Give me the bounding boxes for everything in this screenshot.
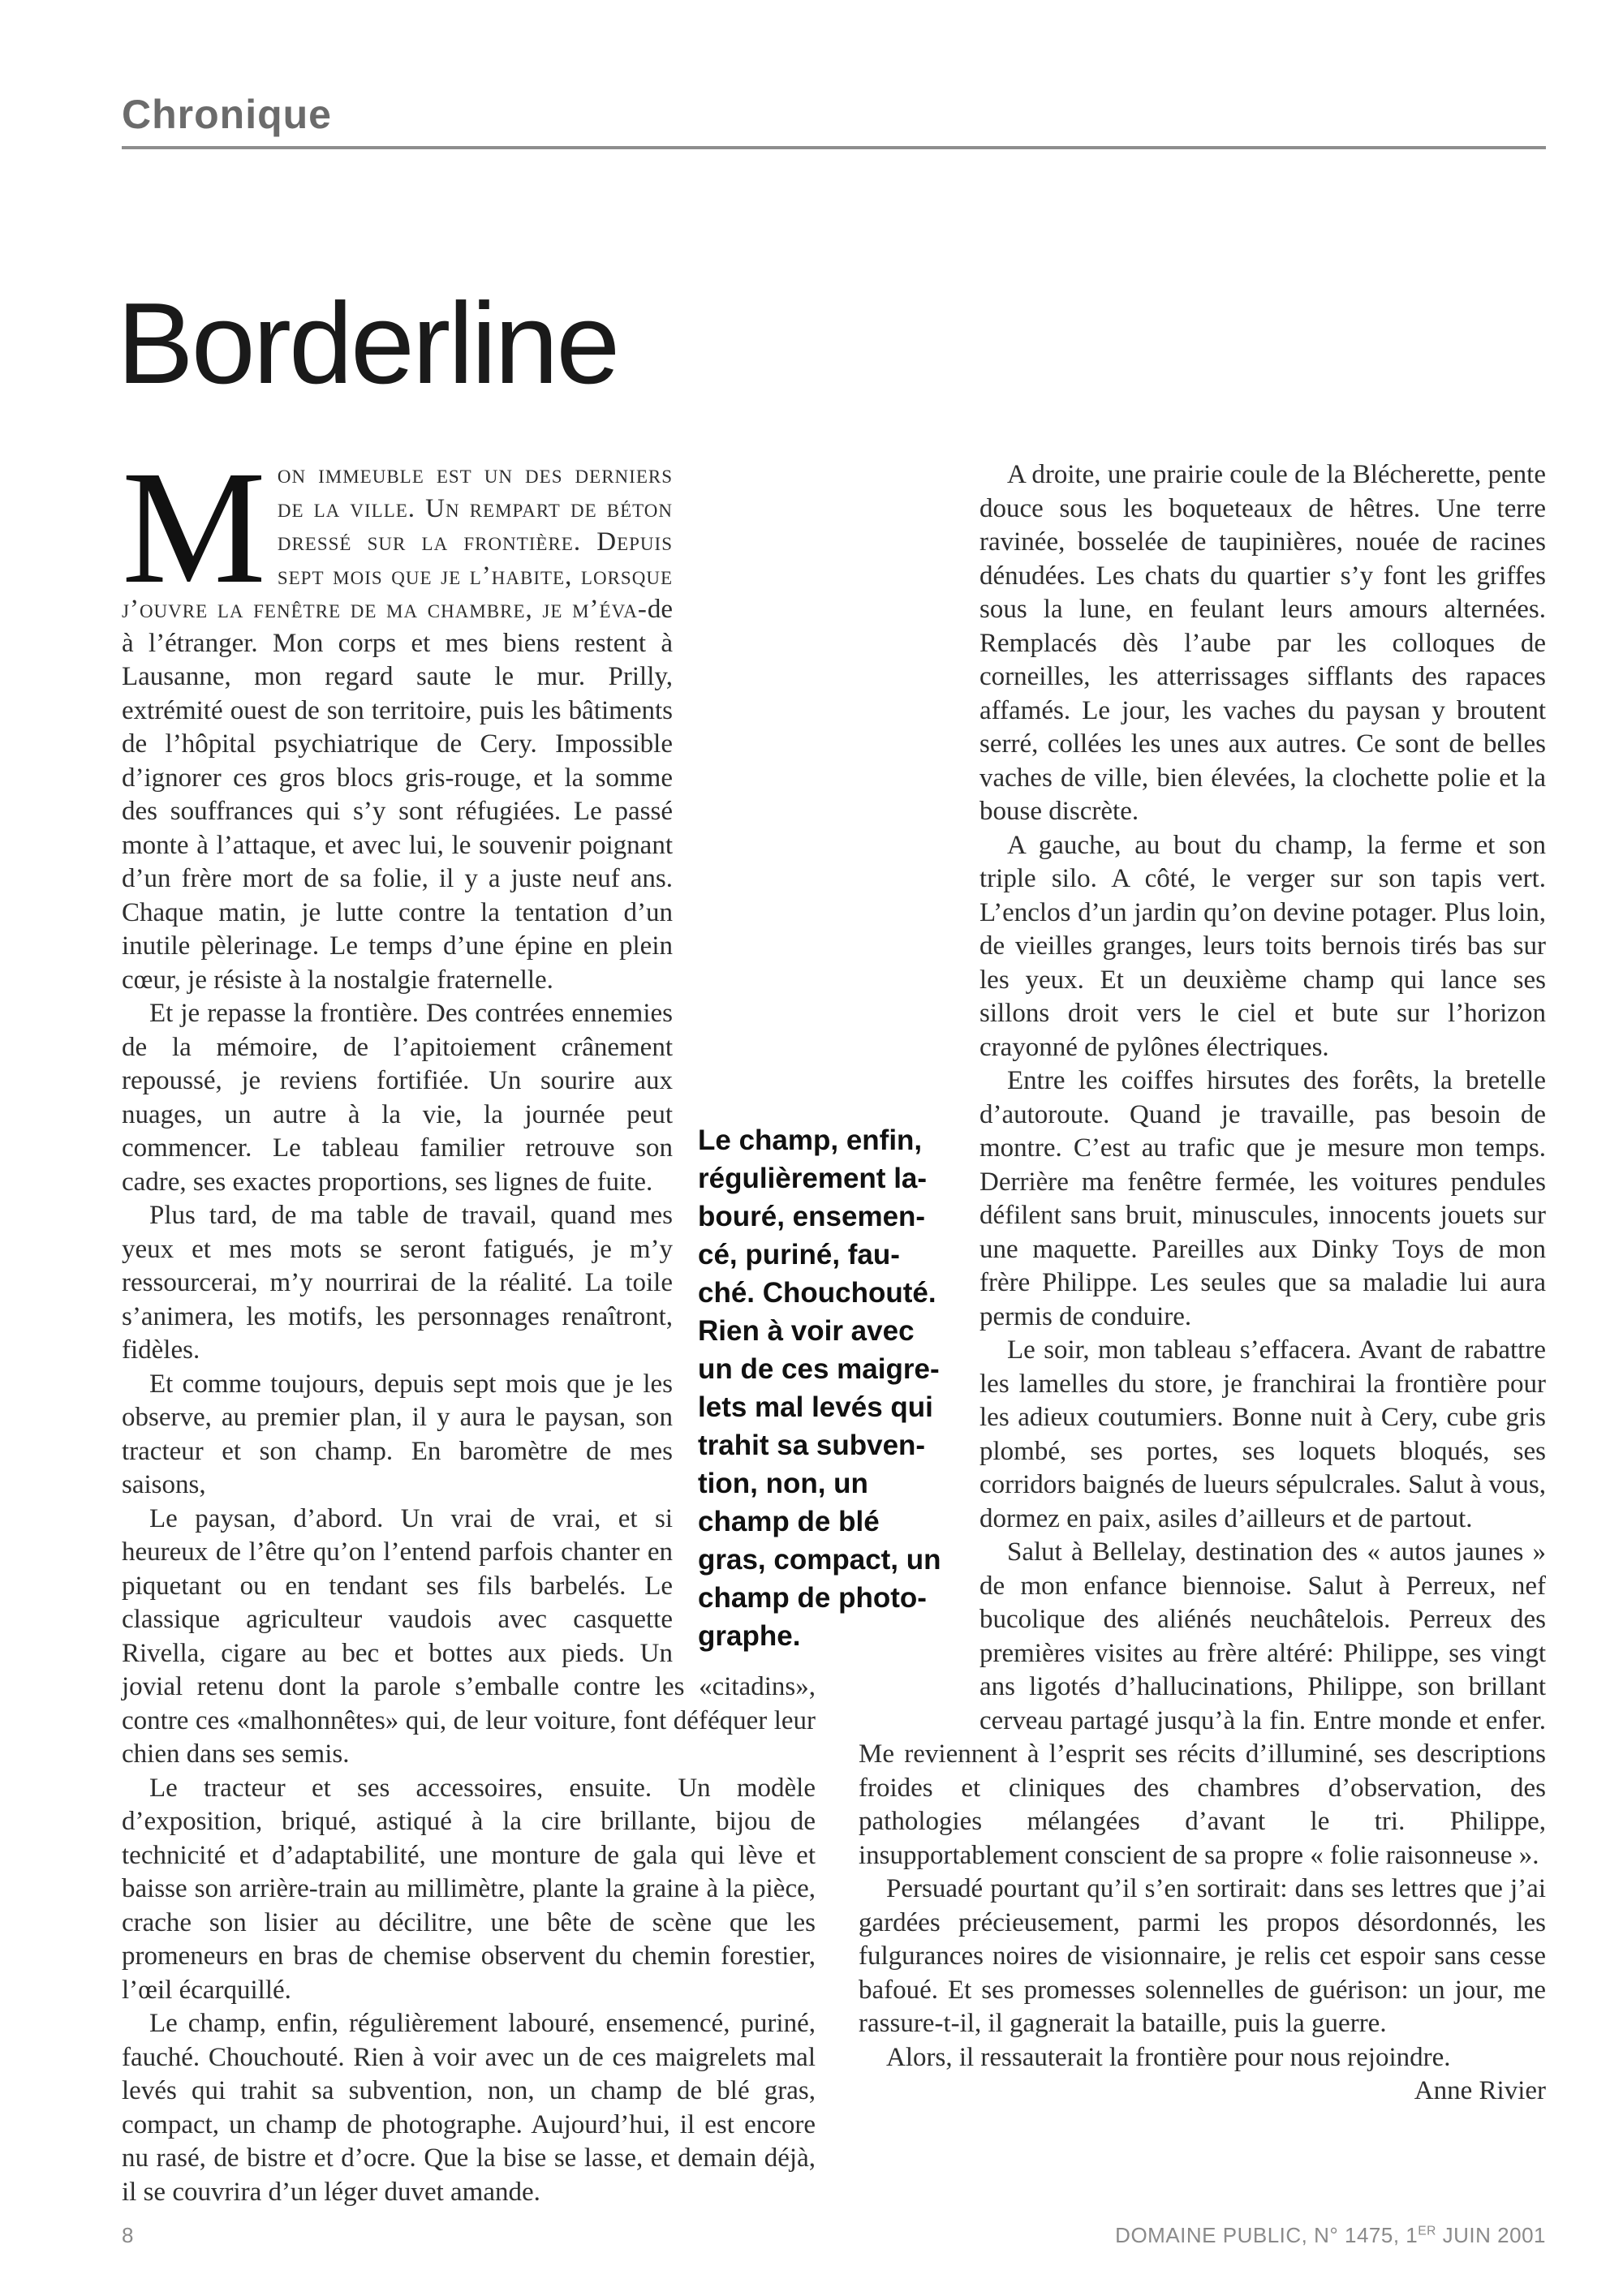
paragraph: A gauche, au bout du champ, la ferme et … [859,829,1546,1065]
opening-paragraph-text: de à l’étranger. Mon corps et mes biens … [122,595,673,995]
pullquote-wrap-spacer-right [859,1094,979,1718]
byline: Anne Rivier [859,2075,1546,2109]
journal-date: JUIN 2001 [1436,2223,1546,2247]
magazine-page: Chronique Borderline Mon immeuble est un… [0,0,1623,2296]
paragraph: Le tracteur et ses accessoires, ensuite.… [122,1772,816,2008]
right-column: A droite, une prairie coule de la Bléche… [859,458,1546,2109]
paragraph: Alors, il ressauterait la frontière pour… [859,2041,1546,2075]
drop-cap: M [122,465,266,591]
opening-paragraph: Mon immeuble est un des derniers de la v… [122,458,816,997]
journal-footer: DOMAINE PUBLIC, N° 1475, 1ER JUIN 2001 [1115,2225,1546,2246]
paragraph: Le champ, enfin, régulièrement labouré, … [122,2007,816,2209]
section-label: Chronique [122,92,332,137]
paragraph: Persuadé pourtant qu’il s’en sortirait: … [859,1872,1546,2041]
paragraph: A droite, une prairie coule de la Bléche… [859,458,1546,829]
page-number: 8 [122,2225,134,2246]
section-header: Chronique [122,94,1546,149]
ordinal-superscript: ER [1418,2224,1436,2238]
journal-name-issue: DOMAINE PUBLIC, N° 1475, 1 [1115,2223,1418,2247]
page-title: Borderline [117,286,618,402]
